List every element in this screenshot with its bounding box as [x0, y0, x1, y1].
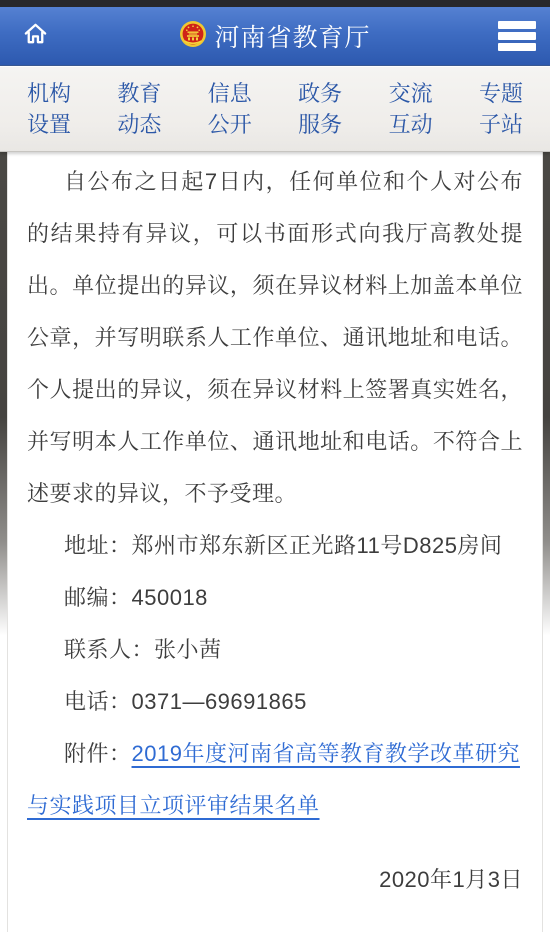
- notice-paragraph: 自公布之日起7日内，任何单位和个人对公布的结果持有异议，可以书面形式向我厅高教处…: [27, 156, 523, 520]
- attachment-line: 附件：2019年度河南省高等教育教学改革研究与实践项目立项评审结果名单: [27, 728, 523, 832]
- main-nav: 机构 设置 教育 动态 信息 公开 政务 服务 交流 互动 专题 子站: [0, 66, 550, 152]
- nav-item-education-news[interactable]: 教育 动态: [117, 78, 161, 140]
- home-button[interactable]: [22, 7, 49, 65]
- address-line: 地址：郑州市郑东新区正光路11号D825房间: [27, 520, 523, 572]
- site-brand: 河南省教育厅: [179, 18, 370, 54]
- article-body: 自公布之日起7日内，任何单位和个人对公布的结果持有异议，可以书面形式向我厅高教处…: [7, 152, 543, 932]
- nav-item-gov-services[interactable]: 政务 服务: [298, 78, 342, 140]
- nav-item-interaction[interactable]: 交流 互动: [389, 78, 433, 140]
- site-title: 河南省教育厅: [214, 18, 370, 54]
- menu-icon: [498, 21, 536, 51]
- nav-item-organization[interactable]: 机构 设置: [27, 78, 71, 140]
- publish-date: 2020年1月3日: [27, 854, 523, 906]
- menu-button[interactable]: [498, 7, 536, 65]
- nav-item-special-sites[interactable]: 专题 子站: [479, 78, 523, 140]
- phone-line: 电话：0371—69691865: [27, 676, 523, 728]
- national-emblem-logo: [179, 20, 207, 53]
- status-bar-strip: [0, 0, 550, 7]
- nav-item-info-disclosure[interactable]: 信息 公开: [208, 78, 252, 140]
- attachment-label: 附件：: [64, 741, 132, 766]
- home-icon: [22, 20, 49, 52]
- page-background: 自公布之日起7日内，任何单位和个人对公布的结果持有异议，可以书面形式向我厅高教处…: [0, 152, 550, 932]
- app-header: 河南省教育厅: [0, 7, 550, 66]
- contact-line: 联系人：张小茜: [27, 624, 523, 676]
- postcode-line: 邮编：450018: [27, 572, 523, 624]
